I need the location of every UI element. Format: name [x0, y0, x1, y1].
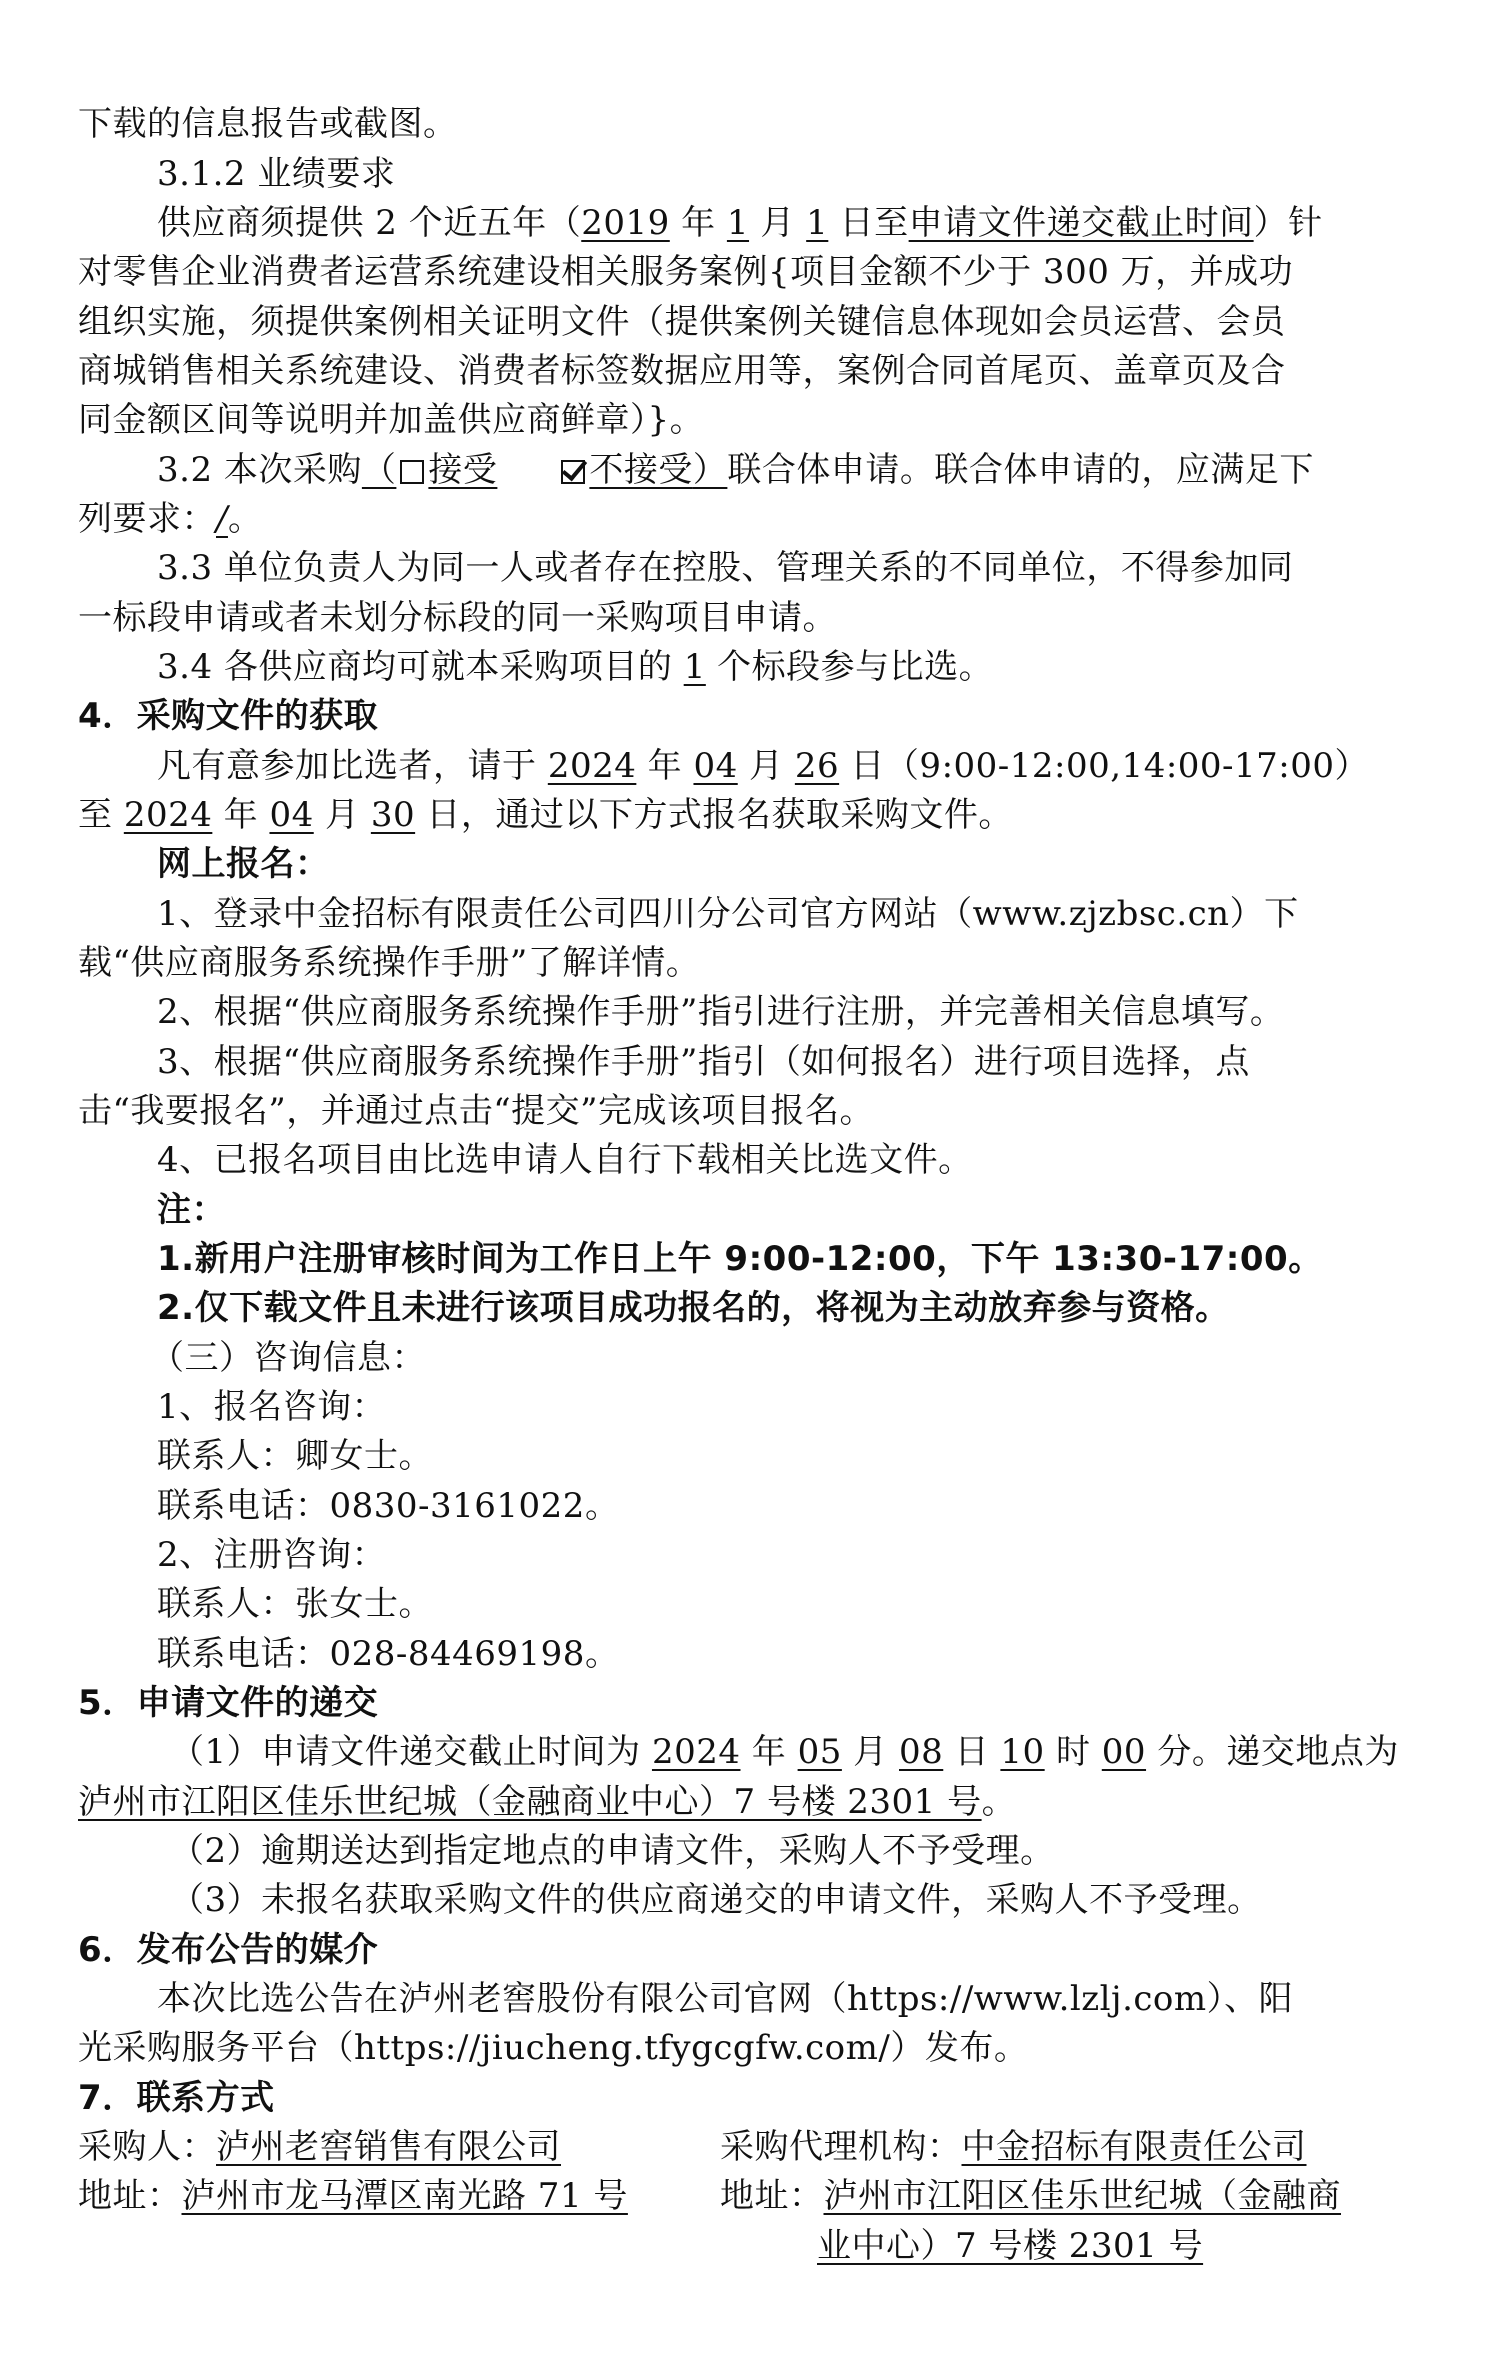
start-year: 2024 — [548, 746, 637, 786]
document-page: 下载的信息报告或截图。 3.1.2 业绩要求 供应商须提供 2 个近五年（201… — [0, 0, 1500, 2368]
text: ） — [693, 450, 728, 490]
paragraph-line: 3.4 各供应商均可就本采购项目的 1 个标段参与比选。 — [157, 643, 1417, 692]
consortium-options: （接受不接受） — [362, 450, 728, 490]
paragraph-line: 列要求：/。 — [78, 495, 1418, 544]
paragraph-line: 2、注册咨询： — [157, 1531, 1417, 1580]
paragraph-line: 供应商须提供 2 个近五年（2019 年 1 月 1 日至申请文件递交截止时间）… — [157, 199, 1417, 248]
purchaser-label: 采购人： — [78, 2127, 216, 2167]
text: 年 — [740, 1732, 797, 1772]
paragraph-line: （2）逾期送达到指定地点的申请文件，采购人不予受理。 — [170, 1827, 1500, 1876]
text: 时 — [1045, 1732, 1102, 1772]
paragraph-line: 对零售企业消费者运营系统建设相关服务案例{项目金额不少于 300 万，并成功 — [78, 248, 1418, 297]
note-item: 1.新用户注册审核时间为工作日上午 9:00-12:00，下午 13:30-17… — [157, 1235, 1417, 1284]
section-heading-4: 4．采购文件的获取 — [78, 692, 1418, 741]
end-month: 04 — [269, 795, 313, 835]
paragraph-line: 载“供应商服务系统操作手册”了解详情。 — [78, 939, 1418, 988]
contact-phone: 联系电话：0830-3161022。 — [157, 1482, 1417, 1531]
address-label: 地址： — [720, 2176, 824, 2216]
end-year: 2024 — [124, 795, 213, 835]
paragraph-line: 击“我要报名”，并通过点击“提交”完成该项目报名。 — [78, 1087, 1418, 1136]
paragraph-line: 组织实施，须提供案例相关证明文件（提供案例关键信息体现如会员运营、会员 — [78, 298, 1418, 347]
requirements-value: / — [216, 499, 228, 539]
subsection-heading-3-1-2: 3.1.2 业绩要求 — [157, 150, 1417, 199]
paragraph-line: 同金额区间等说明并加盖供应商鲜章）}。 — [78, 396, 1418, 445]
online-registration-heading: 网上报名： — [157, 840, 1417, 889]
paragraph-line: 光采购服务平台（https://jiucheng.tfygcgfw.com/）发… — [78, 2024, 1418, 2073]
paragraph-line: 4、已报名项目由比选申请人自行下载相关比选文件。 — [157, 1136, 1417, 1185]
paragraph-line: 至 2024 年 04 月 30 日，通过以下方式报名获取采购文件。 — [78, 791, 1418, 840]
section-heading-5: 5．申请文件的递交 — [78, 1679, 1418, 1728]
text: 月 — [738, 746, 795, 786]
text: 年 — [636, 746, 693, 786]
accept-checkbox[interactable] — [400, 460, 424, 484]
text: 日，通过以下方式报名获取采购文件。 — [415, 795, 1013, 835]
text: 日至 — [828, 203, 908, 243]
paragraph-line: 下载的信息报告或截图。 — [78, 100, 1418, 149]
note-heading: 注： — [157, 1186, 1417, 1235]
text: 年 — [670, 203, 727, 243]
start-year: 2019 — [581, 203, 670, 243]
paragraph-line: 一标段申请或者未划分标段的同一采购项目申请。 — [78, 594, 1418, 643]
paragraph-line: 3、根据“供应商服务系统操作手册”指引（如何报名）进行项目选择，点 — [157, 1038, 1417, 1087]
agency-label: 采购代理机构： — [720, 2127, 962, 2167]
paragraph-line: （3）未报名获取采购文件的供应商递交的申请文件，采购人不予受理。 — [170, 1876, 1500, 1925]
agency-address-continued: 业中心）7 号楼 2301 号 — [817, 2226, 1203, 2266]
text: 年 — [212, 795, 269, 835]
deadline-minute: 00 — [1102, 1732, 1146, 1772]
agency-address-line: 地址：泸州市江阳区佳乐世纪城（金融商 — [720, 2172, 1440, 2221]
text: 日（9:00-12:00,14:00-17:00） — [839, 746, 1369, 786]
start-month: 04 — [693, 746, 737, 786]
purchaser-name: 泸州老窖销售有限公司 — [216, 2127, 561, 2167]
agency-address-line-2: 业中心）7 号楼 2301 号 — [817, 2222, 1437, 2271]
deadline-hour: 10 — [1000, 1732, 1044, 1772]
consult-heading: （三）咨询信息： — [150, 1334, 1490, 1383]
paragraph-line: 2、根据“供应商服务系统操作手册”指引进行注册，并完善相关信息填写。 — [157, 988, 1417, 1037]
text: 至 — [78, 795, 124, 835]
paragraph-line: 1、报名咨询： — [157, 1383, 1417, 1432]
address-label: 地址： — [78, 2176, 182, 2216]
text: （1）申请文件递交截止时间为 — [170, 1732, 652, 1772]
text: （ — [362, 450, 397, 490]
purchaser-address-line: 地址：泸州市龙马潭区南光路 71 号 — [78, 2172, 698, 2221]
text: 3.4 各供应商均可就本采购项目的 — [157, 647, 684, 687]
note-item: 2.仅下载文件且未进行该项目成功报名的，将视为主动放弃参与资格。 — [157, 1284, 1417, 1333]
consortium-line: 3.2 本次采购（接受不接受）联合体申请。联合体申请的，应满足下 — [157, 446, 1417, 495]
text: 供应商须提供 2 个近五年（ — [157, 203, 581, 243]
deadline-year: 2024 — [652, 1732, 741, 1772]
text: 联合体申请。联合体申请的，应满足下 — [727, 450, 1314, 490]
paragraph-line: 1、登录中金招标有限责任公司四川分公司官方网站（www.zjzbsc.cn）下 — [157, 890, 1417, 939]
agency-line: 采购代理机构：中金招标有限责任公司 — [720, 2123, 1440, 2172]
purchaser-address: 泸州市龙马潭区南光路 71 号 — [182, 2176, 628, 2216]
end-deadline: 申请文件递交截止时间 — [909, 203, 1254, 243]
text: 个标段参与比选。 — [706, 647, 993, 687]
text: 。 — [228, 499, 263, 539]
not-accept-checkbox[interactable] — [561, 460, 585, 484]
end-day: 30 — [371, 795, 415, 835]
paragraph-line: 商城销售相关系统建设、消费者标签数据应用等，案例合同首尾页、盖章页及合 — [78, 347, 1418, 396]
paragraph-line: 3.3 单位负责人为同一人或者存在控股、管理关系的不同单位，不得参加同 — [157, 544, 1417, 593]
submission-address: 泸州市江阳区佳乐世纪城（金融商业中心）7 号楼 2301 号 — [78, 1782, 982, 1822]
text: 3.2 本次采购 — [157, 450, 362, 490]
deadline-month: 05 — [798, 1732, 842, 1772]
text: 分。递交地点为 — [1146, 1732, 1399, 1772]
text: 列要求： — [78, 499, 216, 539]
paragraph-line: 泸州市江阳区佳乐世纪城（金融商业中心）7 号楼 2301 号。 — [78, 1778, 1418, 1827]
text: 月 — [842, 1732, 899, 1772]
accept-label: 接受 — [428, 450, 497, 490]
contact-phone: 联系电话：028-84469198。 — [157, 1630, 1417, 1679]
section-heading-6: 6．发布公告的媒介 — [78, 1926, 1418, 1975]
start-month: 1 — [727, 203, 749, 243]
start-day: 26 — [795, 746, 839, 786]
lot-count: 1 — [684, 647, 706, 687]
text: 月 — [314, 795, 371, 835]
paragraph-line: （1）申请文件递交截止时间为 2024 年 05 月 08 日 10 时 00 … — [170, 1728, 1500, 1777]
agency-name: 中金招标有限责任公司 — [962, 2127, 1307, 2167]
start-day: 1 — [806, 203, 828, 243]
text: 。 — [982, 1782, 1017, 1822]
paragraph-line: 凡有意参加比选者，请于 2024 年 04 月 26 日（9:00-12:00,… — [157, 742, 1417, 791]
contact-person: 联系人：张女士。 — [157, 1580, 1417, 1629]
text: ）针 — [1254, 203, 1323, 243]
purchaser-line: 采购人：泸州老窖销售有限公司 — [78, 2123, 698, 2172]
deadline-day: 08 — [899, 1732, 943, 1772]
not-accept-label: 不接受 — [589, 450, 693, 490]
contact-person: 联系人：卿女士。 — [157, 1432, 1417, 1481]
agency-address: 泸州市江阳区佳乐世纪城（金融商 — [824, 2176, 1342, 2216]
text: 日 — [943, 1732, 1000, 1772]
section-heading-7: 7．联系方式 — [78, 2074, 1418, 2123]
paragraph-line: 本次比选公告在泸州老窖股份有限公司官网（https://www.lzlj.com… — [157, 1975, 1417, 2024]
text: 凡有意参加比选者，请于 — [157, 746, 548, 786]
text: 月 — [749, 203, 806, 243]
